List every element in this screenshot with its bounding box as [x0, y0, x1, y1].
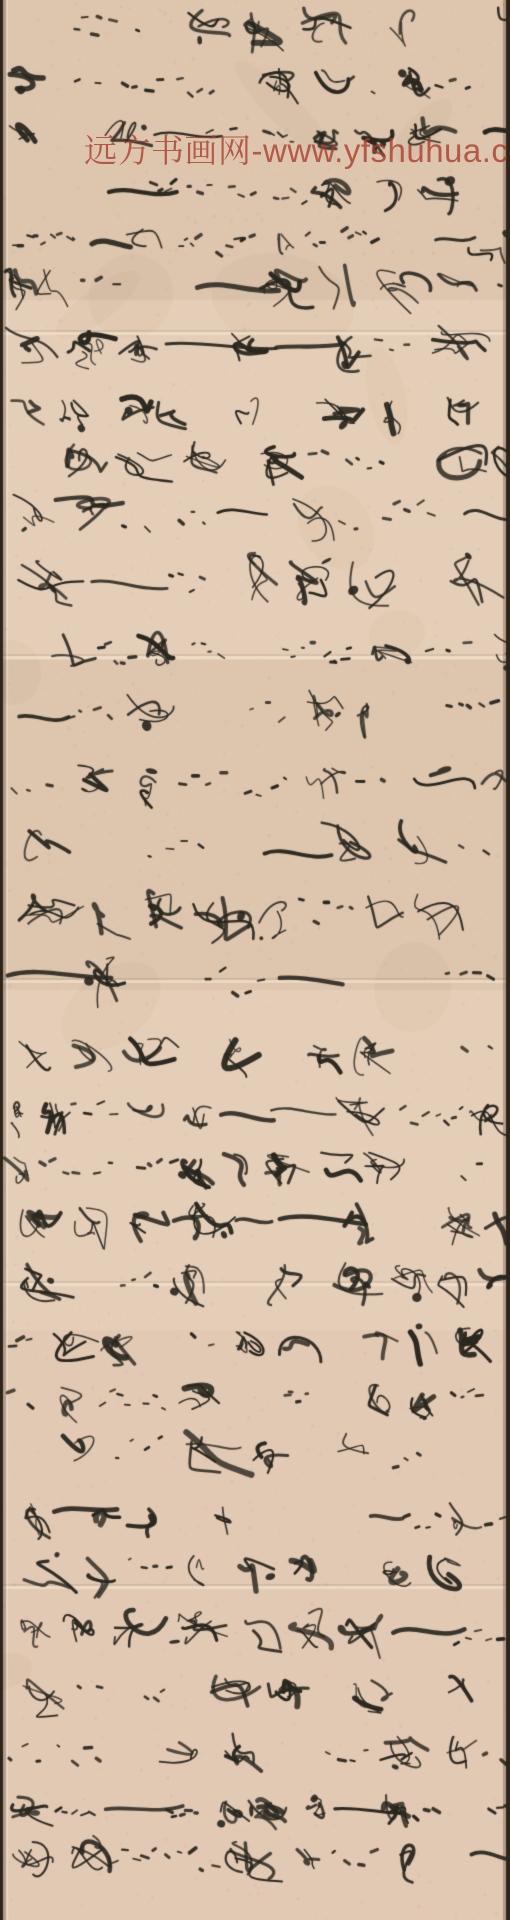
calligraphy-scroll: 远方书画网-www.yfshuhua.co — [0, 0, 510, 1920]
calligraphy-artwork-canvas — [0, 0, 510, 1920]
